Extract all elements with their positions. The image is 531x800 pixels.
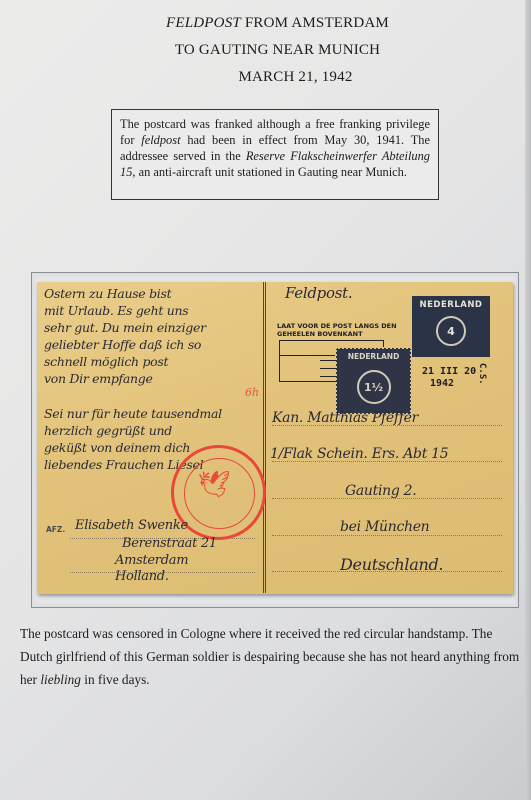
page-title-line-2: TO GAUTING NEAR MUNICH [12, 42, 531, 59]
message-line: mit Urlaub. Es geht uns [44, 302, 188, 319]
postcard-divider [263, 282, 266, 593]
eagle-icon: 🕊 [196, 470, 232, 500]
postmark: 21 III 20 1942 [422, 366, 476, 390]
message-line: von Dir empfange [44, 370, 153, 387]
caption-italic: liebling [40, 672, 81, 687]
address-line-unit: 1/Flak Schein. Ers. Abt 15 [270, 446, 448, 462]
address-line-city: bei München [340, 519, 429, 535]
stamp-country: NEDERLAND [412, 300, 490, 310]
message-line: geküßt von deinem dich [44, 439, 190, 456]
message-line: geliebter Hoffe daß ich so [44, 336, 201, 353]
message-line: schnell möglich post [44, 353, 168, 370]
stamp-country: NEDERLAND [336, 352, 411, 361]
stamp-value: 4 [436, 316, 466, 346]
slogan-cancel-text: LAAT VOOR DE POST LANGS DEN GEHEELEN BOV… [277, 323, 397, 338]
address-line [272, 535, 502, 536]
page-title-date: MARCH 21, 1942 [30, 69, 531, 86]
sender-country: Holland. [115, 569, 169, 584]
title-line-1-text: FROM AMSTERDAM [241, 15, 389, 31]
address-line-town: Gauting 2. [345, 483, 416, 499]
info-italic-1: feldpost [141, 133, 180, 147]
page-title-line-1: FELDPOST FROM AMSTERDAM [12, 15, 531, 32]
address-line-name: Kan. Matthias Pfeffer [272, 410, 418, 426]
message-line: sehr gut. Du mein einziger [44, 319, 206, 336]
sender-city: Amsterdam [115, 553, 188, 568]
stamp-value: 1½ [357, 370, 391, 404]
imprinted-stamp: NEDERLAND 4 [412, 296, 490, 357]
address-line-country: Deutschland. [340, 555, 443, 574]
caption-text-2: in five days. [81, 672, 150, 687]
message-line: Sei nur für heute tausendmal [44, 405, 222, 422]
message-line: herzlich gegrüßt und [44, 422, 172, 439]
postmark-code: C.S. [476, 363, 488, 385]
feldpost-heading: Feldpost. [285, 284, 352, 302]
postmark-date: 21 III 20 [422, 366, 476, 378]
info-text-3: , an anti-aircraft unit stationed in Gau… [132, 165, 407, 179]
album-page-edge [525, 0, 531, 800]
postmark-year: 1942 [422, 378, 476, 390]
caption: The postcard was censored in Cologne whe… [20, 622, 520, 691]
info-box: The postcard was franked although a free… [111, 109, 439, 200]
sender-name: Elisabeth Swenke [75, 518, 188, 533]
red-pencil-mark: 6h [245, 386, 259, 399]
slogan-line-2: GEHEELEN BOVENKANT [277, 331, 397, 339]
title-italic-feldpost: FELDPOST [166, 15, 241, 31]
sender-street: Berenstraat 21 [122, 536, 217, 551]
sender-label: AFZ. [46, 525, 65, 534]
adhesive-stamp: NEDERLAND 1½ [336, 348, 411, 414]
message-line: Ostern zu Hause bist [44, 285, 171, 302]
